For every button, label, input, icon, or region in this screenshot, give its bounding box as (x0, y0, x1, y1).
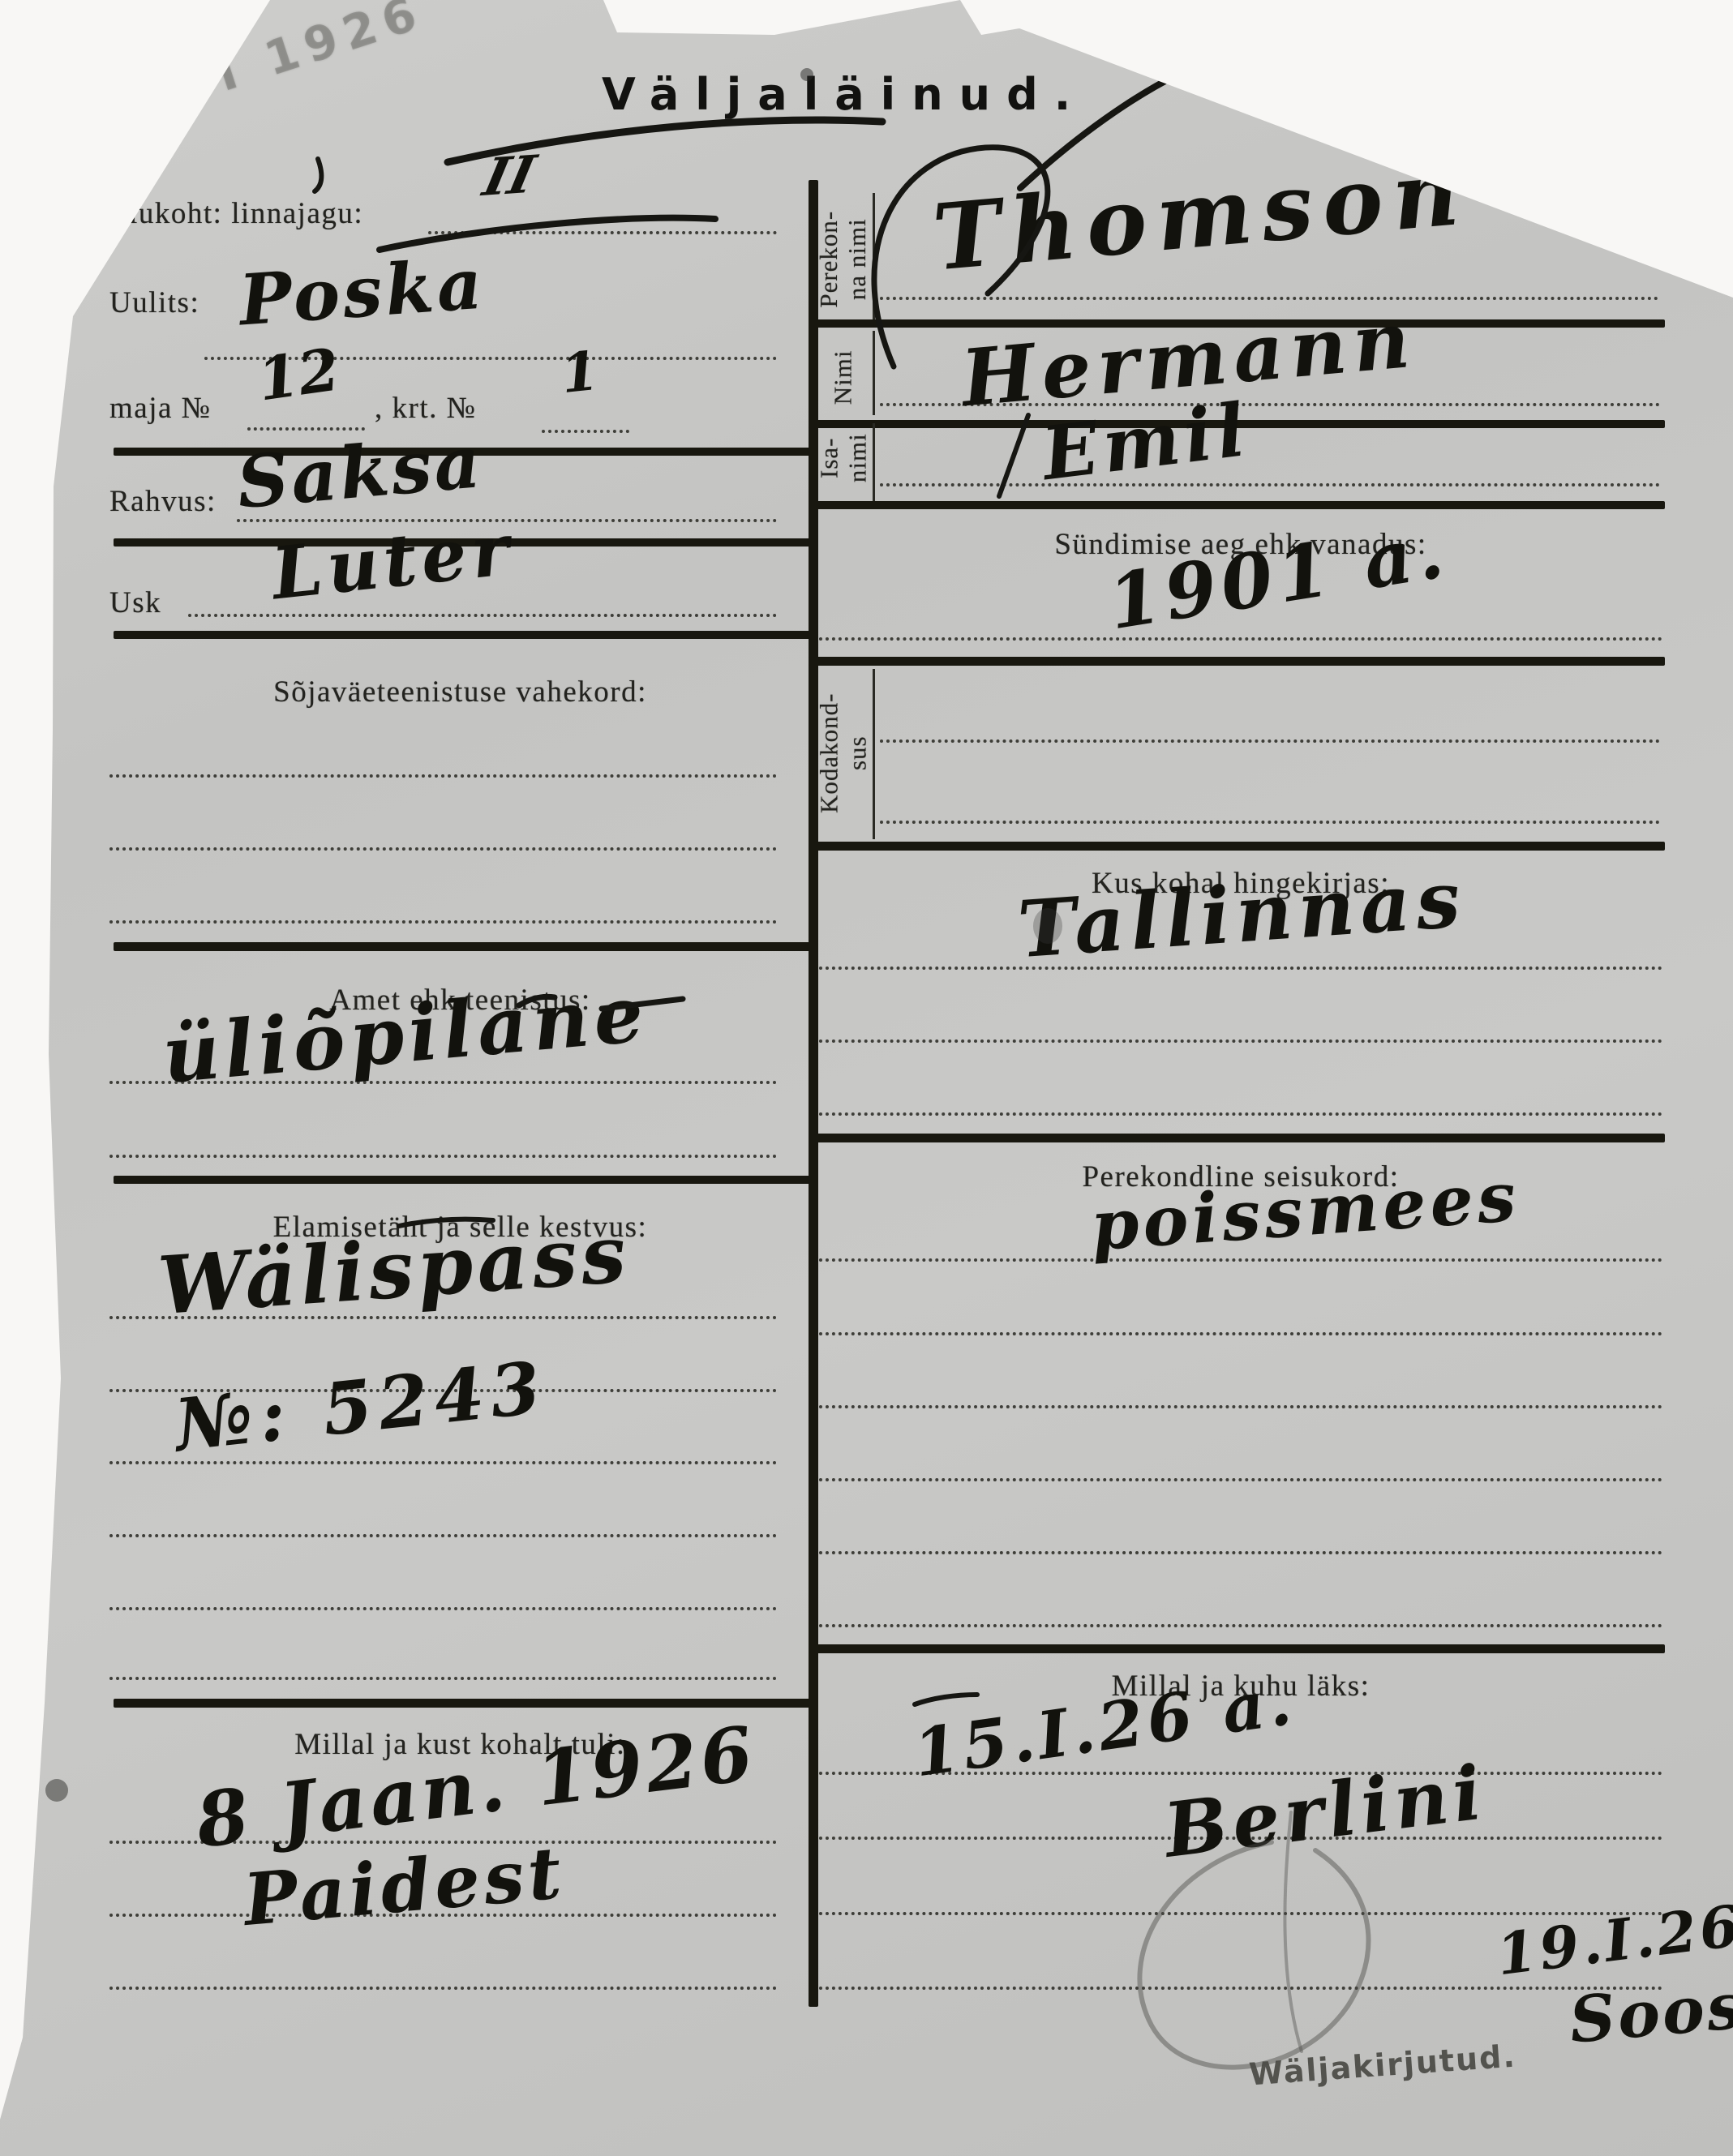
empty-dotted-line (819, 1112, 1662, 1116)
record-date-value: 19.I.26 (1494, 1897, 1733, 1984)
horizontal-rule (114, 1176, 811, 1184)
citizenship-label-line2: sus (843, 692, 872, 812)
horizontal-rule (809, 1134, 1665, 1142)
empty-dotted-line (819, 1624, 1662, 1627)
empty-dotted-line (109, 1534, 777, 1537)
empty-dotted-line (819, 1039, 1662, 1043)
registry-dotted-line (819, 967, 1662, 970)
surname-dotted-line (880, 297, 1658, 300)
inner-vertical-line (873, 423, 875, 501)
citizenship-dotted-line (880, 821, 1660, 824)
pencil-scribble (1139, 1842, 1368, 2068)
marital-dotted-line (819, 1258, 1662, 1262)
ink-speck (45, 1779, 68, 1802)
empty-dotted-line (109, 1607, 777, 1610)
surname-label-line2: na nimi (843, 211, 872, 308)
surname-label-line1: Perekon- (815, 211, 843, 308)
permit-number-value: №: 5243 (172, 1351, 550, 1461)
name-label: Nimi (830, 349, 858, 405)
empty-dotted-line (819, 1912, 1662, 1915)
inner-vertical-line (873, 193, 875, 321)
horizontal-rule (114, 1699, 811, 1708)
residence-value: II (479, 149, 540, 204)
date-stamp: 20. I 1926 (84, 0, 430, 143)
empty-dotted-line (819, 1551, 1662, 1554)
flat-dotted-line (542, 430, 629, 433)
inner-vertical-line (873, 331, 875, 415)
written-out-stamp: Wäljakirjutud. (1248, 2038, 1517, 2093)
flat-number-value: 1 (559, 344, 602, 401)
horizontal-rule (114, 942, 811, 951)
empty-dotted-line (819, 1987, 1662, 1990)
page-title: Väljaläinud. (602, 69, 1087, 120)
empty-dotted-line (819, 1478, 1662, 1481)
citizenship-label-line1: Kodakond- (815, 692, 843, 812)
father-name-value: Emil (1038, 393, 1253, 491)
scan-background: 20. I 1926 Väljaläinud. Elukoht: linnaja… (0, 0, 1733, 2156)
house-number-value: 12 (254, 340, 342, 409)
horizontal-rule (809, 501, 1665, 509)
registration-card: 20. I 1926 Väljaläinud. Elukoht: linnaja… (0, 0, 1733, 2156)
residence-label: Elukoht: linnajagu: (109, 196, 363, 231)
horizontal-rule (114, 631, 811, 639)
empty-dotted-line (109, 1155, 777, 1158)
empty-dotted-line (109, 774, 777, 778)
empty-dotted-line (109, 920, 777, 924)
father-dotted-line (880, 483, 1660, 486)
father-name-vertical-label: Isa-nimi (814, 418, 873, 499)
citizenship-dotted-line (880, 739, 1660, 743)
surname-value: Thomson (929, 147, 1471, 284)
citizenship-vertical-label: Kodakond-sus (814, 667, 873, 839)
surname-vertical-label: Perekon-na nimi (814, 186, 873, 332)
street-value: Poska (237, 250, 487, 336)
religion-label: Usk (109, 585, 161, 620)
horizontal-rule (809, 842, 1665, 851)
name-vertical-label: Nimi (814, 336, 873, 418)
military-service-label: Sõjaväeteenistuse vahekord: (109, 675, 811, 709)
residence-dotted-line (428, 231, 777, 234)
empty-dotted-line (109, 1987, 777, 1990)
birth-dotted-line (819, 637, 1662, 641)
religion-value: Luter (268, 513, 517, 610)
nationality-label: Rahvus: (109, 484, 217, 519)
horizontal-rule (809, 1644, 1665, 1653)
empty-dotted-line (109, 847, 777, 851)
father-label-line2: nimi (843, 434, 872, 483)
nationality-value: Saksa (234, 426, 486, 518)
empty-dotted-line (819, 1405, 1662, 1408)
empty-dotted-line (109, 1677, 777, 1680)
house-number-label: maja № (109, 391, 211, 426)
horizontal-rule (809, 657, 1665, 666)
street-label: Uulits: (109, 285, 199, 320)
inner-vertical-line (873, 669, 875, 839)
signature: Soosaar (1567, 1964, 1733, 2053)
father-label-line1: Isa- (815, 434, 843, 483)
empty-dotted-line (819, 1332, 1662, 1335)
ink-mark (315, 159, 321, 191)
